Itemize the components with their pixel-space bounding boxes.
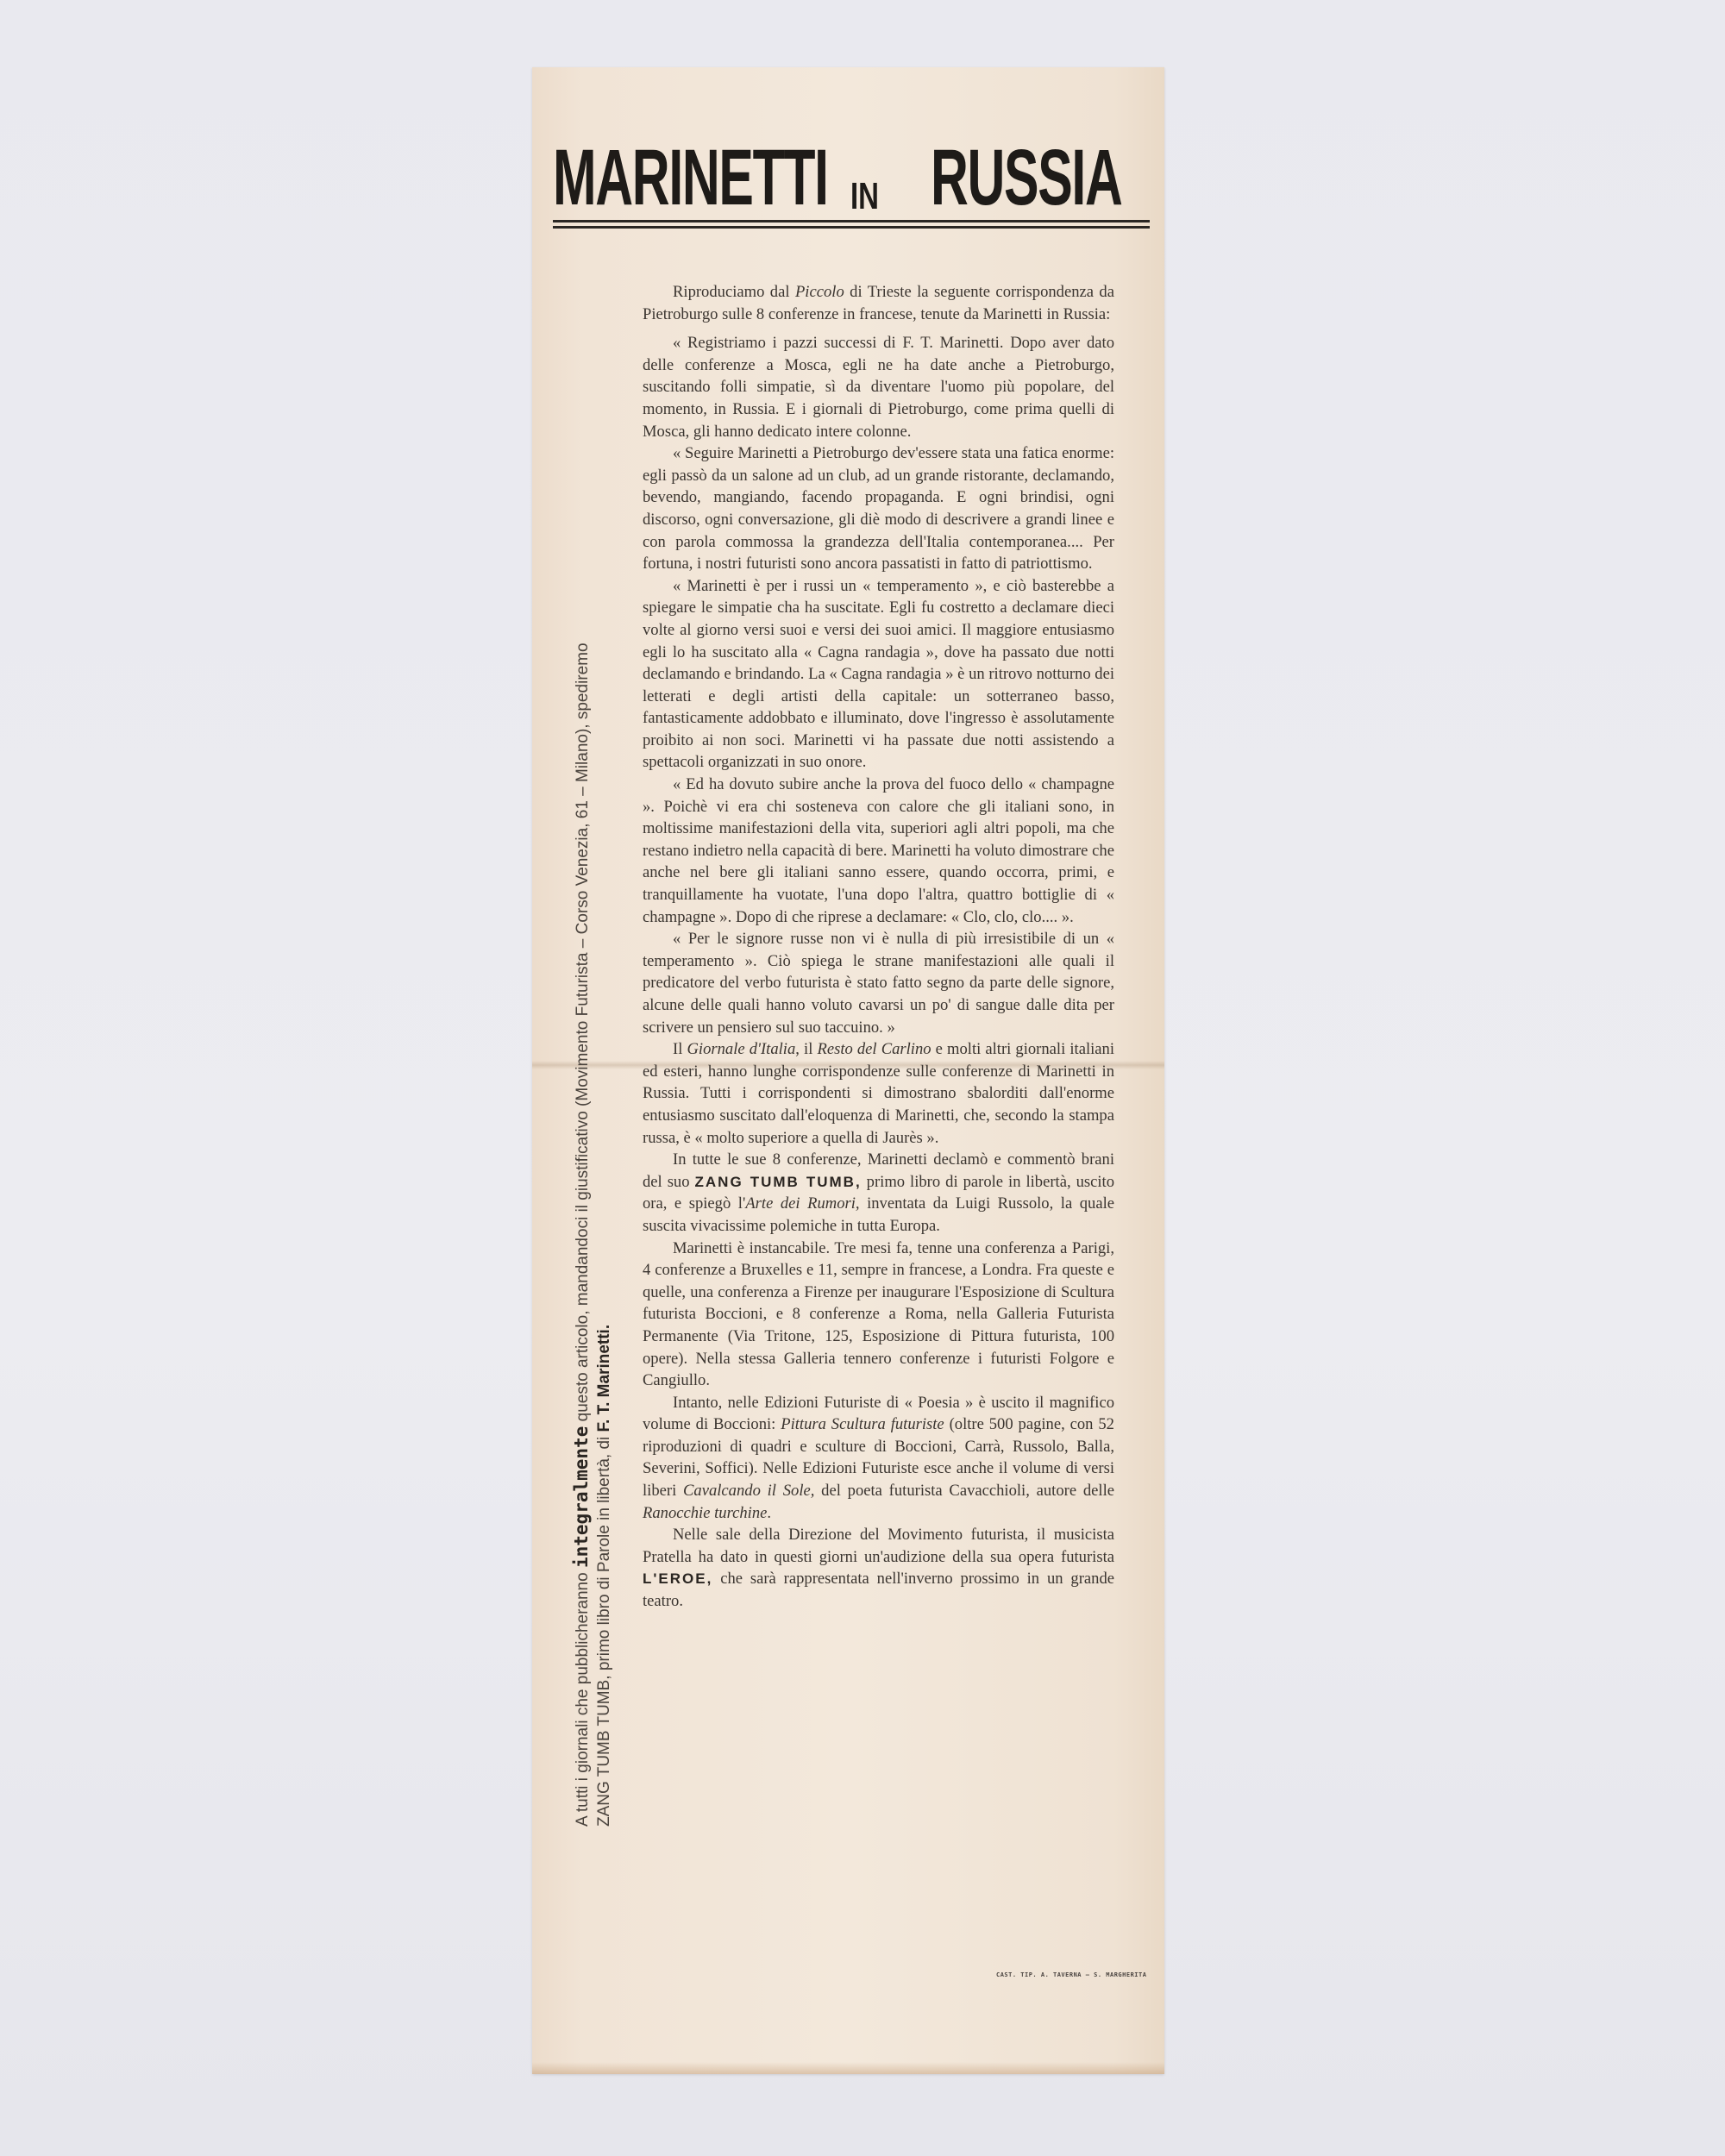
italic-title: Resto del Carlino xyxy=(817,1040,931,1058)
paragraph-text: « Seguire Marinetti a Pietroburgo dev'es… xyxy=(643,444,1114,573)
paragraph-text: « Per le signore russe non vi è nulla di… xyxy=(643,930,1114,1036)
article-paragraph: « Seguire Marinetti a Pietroburgo dev'es… xyxy=(643,442,1114,575)
article-paragraph: « Ed ha dovuto subire anche la prova del… xyxy=(643,774,1114,928)
side-note-author: F. T. Marinetti. xyxy=(595,1325,613,1432)
title-rule-top xyxy=(553,220,1150,222)
worn-bottom-edge xyxy=(532,2062,1164,2074)
broadside-sheet: MARINETTI IN RUSSIA A tutti i giornali c… xyxy=(532,67,1164,2074)
paragraph-text: che sarà rappresentata nell'inverno pros… xyxy=(643,1570,1114,1610)
paragraph-text: . xyxy=(767,1504,771,1522)
paragraph-text: « Marinetti è per i russi un « temperame… xyxy=(643,577,1114,772)
paragraph-text: , il xyxy=(795,1040,817,1058)
article-paragraph: Il Giornale d'Italia, il Resto del Carli… xyxy=(643,1038,1114,1149)
article-paragraph: « Registriamo i pazzi successi di F. T. … xyxy=(643,332,1114,442)
paragraph-text: « Registriamo i pazzi successi di F. T. … xyxy=(643,334,1114,440)
paragraph-text: Il xyxy=(673,1040,687,1058)
side-note-line-2: ZANG TUMB TUMB, primo libro di Parole in… xyxy=(595,1325,614,1827)
side-note-text: questo articolo, mandandoci il giustific… xyxy=(574,642,592,1426)
article-paragraph: Intanto, nelle Edizioni Futuriste di « P… xyxy=(643,1392,1114,1525)
paragraph-text: « Ed ha dovuto subire anche la prova del… xyxy=(643,775,1114,926)
page-title: MARINETTI IN RUSSIA xyxy=(553,135,1157,221)
italic-title: Giornale d'Italia xyxy=(687,1040,795,1058)
article-paragraph: « Per le signore russe non vi è nulla di… xyxy=(643,928,1114,1038)
side-note-text: A tutti i giornali che pubblicheranno xyxy=(574,1568,592,1827)
italic-title: Ranocchie turchine xyxy=(643,1504,767,1522)
emphasized-title: ZANG TUMB TUMB, xyxy=(695,1174,862,1190)
article-paragraph: Nelle sale della Direzione del Movimento… xyxy=(643,1524,1114,1612)
article-body: Riproduciamo dal Piccolo di Trieste la s… xyxy=(643,281,1114,1613)
article-paragraph: Marinetti è instancabile. Tre mesi fa, t… xyxy=(643,1238,1114,1392)
side-note-emphasis: integralmente xyxy=(571,1426,592,1568)
italic-title: Arte dei Rumori, xyxy=(745,1194,859,1213)
paragraph-text: del poeta futurista Cavacchioli, autore … xyxy=(814,1482,1114,1500)
side-note-text: ZANG TUMB TUMB, primo libro di Parole in… xyxy=(595,1432,613,1827)
emphasized-title: L'EROE, xyxy=(643,1570,712,1587)
paragraph-text: Nelle sale della Direzione del Movimento… xyxy=(643,1526,1114,1566)
title-word-marinetti: MARINETTI xyxy=(553,135,828,221)
printer-imprint: CAST. TIP. A. TAVERNA – S. MARGHERITA xyxy=(996,1971,1146,1978)
italic-title: Cavalcando il Sole, xyxy=(683,1482,814,1500)
title-rule-bottom xyxy=(553,226,1150,229)
paragraph-text: Riproduciamo dal xyxy=(673,283,795,301)
italic-title: Piccolo xyxy=(795,283,844,301)
title-word-russia: RUSSIA xyxy=(931,135,1122,221)
article-paragraph: « Marinetti è per i russi un « temperame… xyxy=(643,575,1114,774)
paragraph-text: Marinetti è instancabile. Tre mesi fa, t… xyxy=(643,1239,1114,1390)
italic-title: Pittura Scultura futuriste xyxy=(781,1415,944,1433)
article-paragraph: In tutte le sue 8 conferenze, Marinetti … xyxy=(643,1149,1114,1237)
article-paragraph: Riproduciamo dal Piccolo di Trieste la s… xyxy=(643,281,1114,325)
side-note-line-1: A tutti i giornali che pubblicheranno in… xyxy=(571,642,593,1827)
